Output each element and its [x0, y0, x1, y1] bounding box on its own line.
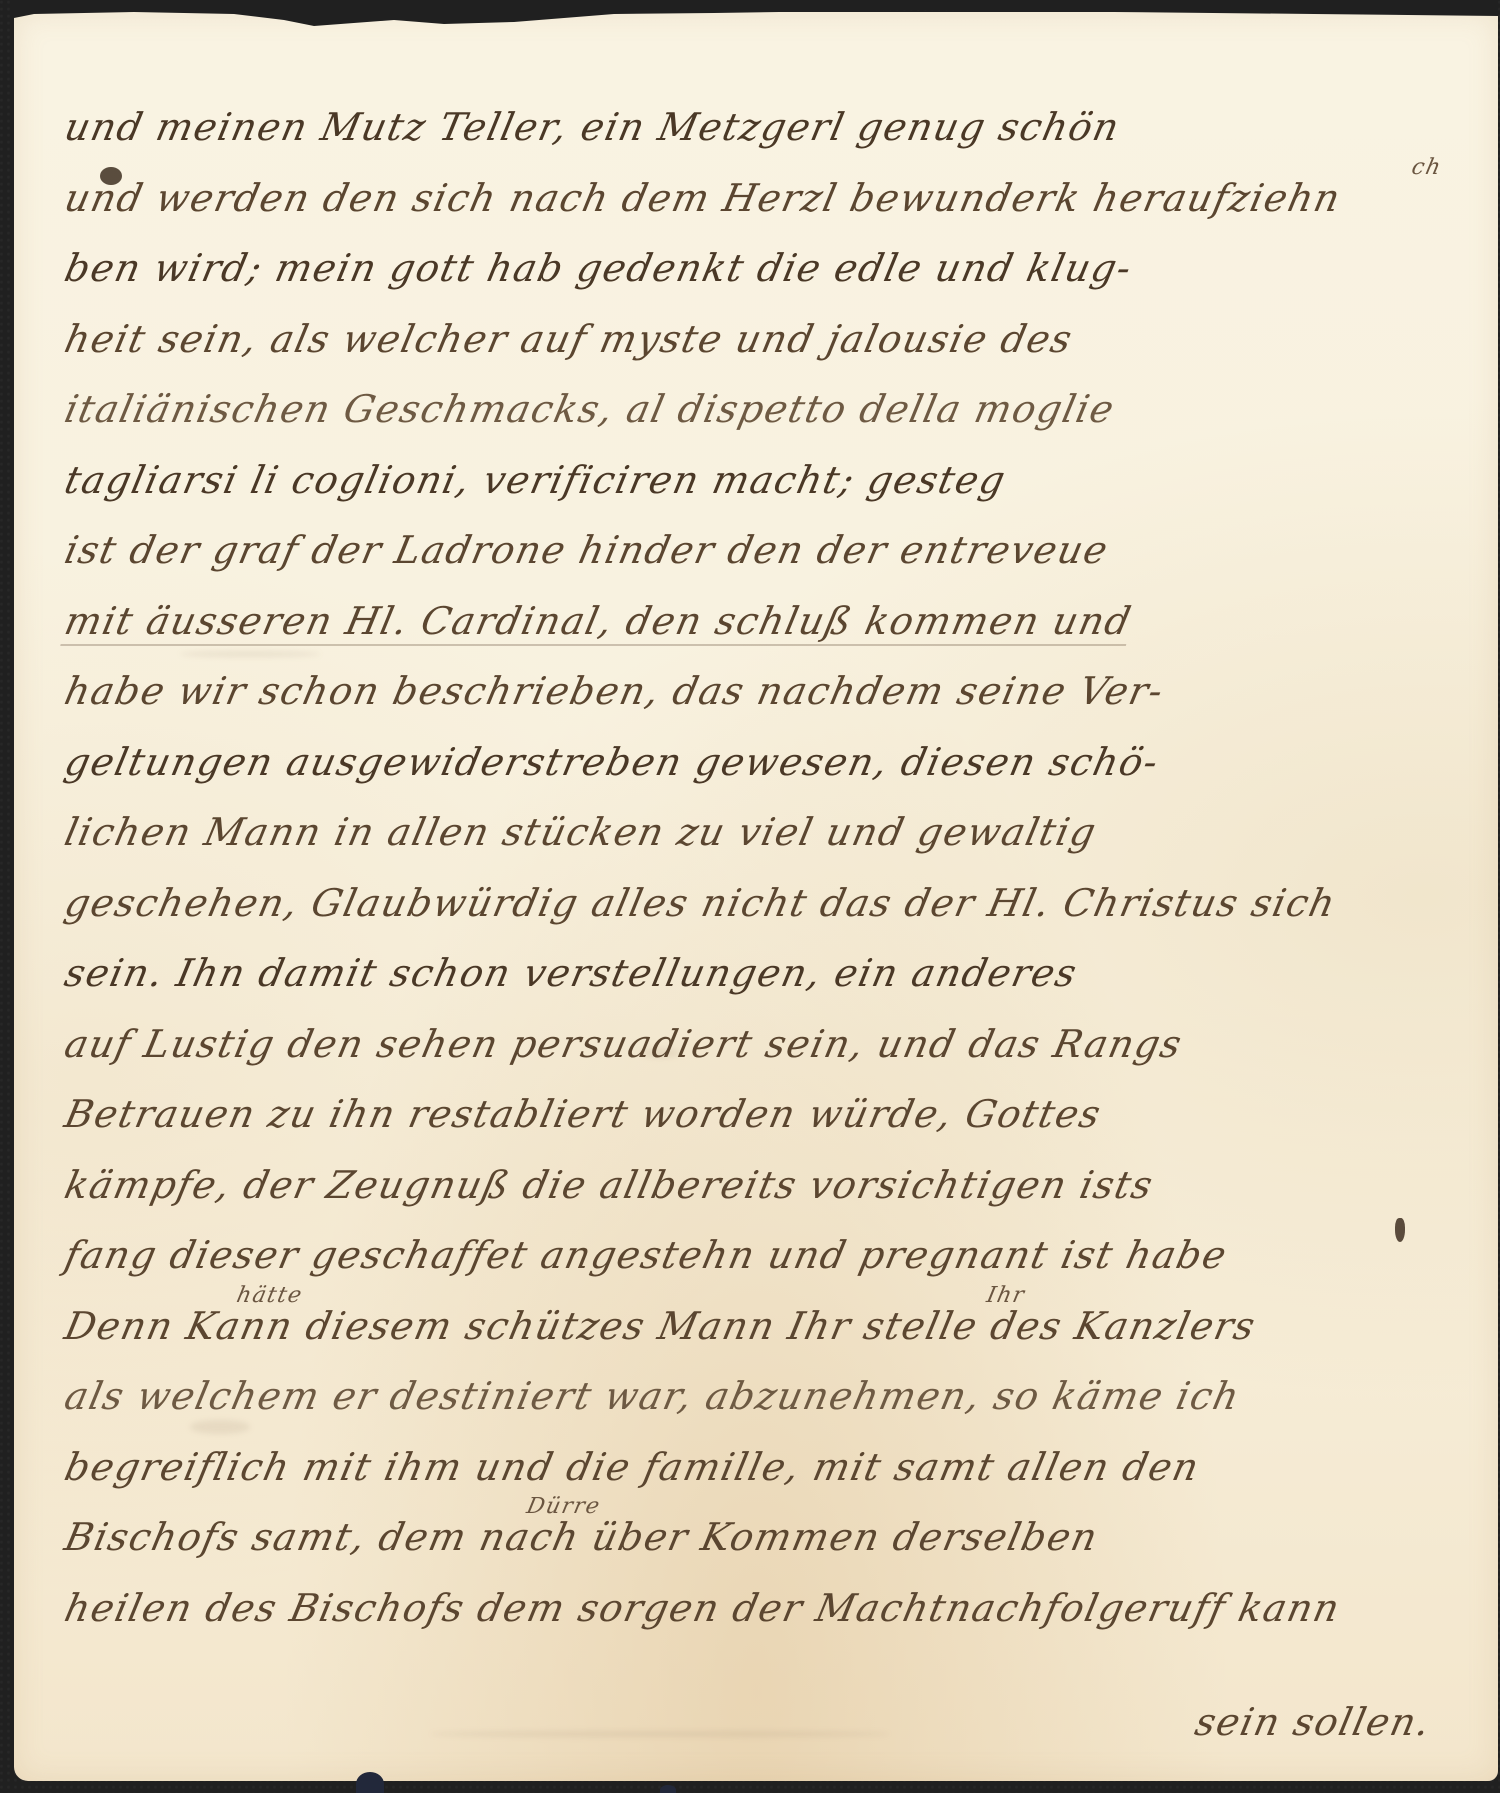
text-line-22: heilen des Bischofs dem sorgen der Macht… — [58, 1573, 1493, 1644]
text-line-2: chund werden den sich nach dem Herzl bew… — [58, 163, 1493, 234]
text-line-8: mit äusseren Hl. Cardinal, den schluß ko… — [58, 586, 1493, 657]
text-line-9: habe wir schon beschrieben, das nachdem … — [58, 656, 1493, 727]
paper-stain — [430, 1731, 890, 1737]
text-line-10: geltungen ausgewiderstreben gewesen, die… — [58, 727, 1493, 798]
text-line-20: begreiflich mit ihm und die famille, mit… — [58, 1432, 1493, 1503]
text-line-3: ben wird; mein gott hab gedenkt die edle… — [58, 233, 1493, 304]
text-line-1: und meinen Mutz Teller, ein Metzgerl gen… — [58, 92, 1493, 163]
scanner-clip-mark — [356, 1772, 384, 1793]
text-line-18: hätte Ihr Denn Kann diesem schützes Mann… — [58, 1291, 1493, 1362]
handwritten-text-body: und meinen Mutz Teller, ein Metzgerl gen… — [58, 92, 1478, 1643]
text-line-11: lichen Mann in allen stücken zu viel und… — [58, 797, 1493, 868]
text-line-6: tagliarsi li coglioni, verificiren macht… — [58, 445, 1493, 516]
text-line-5: italiänischen Geschmacks, al dispetto de… — [58, 374, 1493, 445]
scanned-document: und meinen Mutz Teller, ein Metzgerl gen… — [0, 0, 1500, 1793]
text-line-15: Betrauen zu ihn restabliert worden würde… — [58, 1079, 1493, 1150]
torn-top-edge — [14, 0, 1498, 34]
text-line-16: kämpfe, der Zeugnuß die allbereits vorsi… — [58, 1150, 1493, 1221]
text-line-7: ist der graf der Ladrone hinder den der … — [58, 515, 1493, 586]
text-line-13: sein. Ihn damit schon verstellungen, ein… — [58, 938, 1493, 1009]
text-line-12: geschehen, Glaubwürdig alles nicht das d… — [58, 868, 1493, 939]
text-line-14: auf Lustig den sehen persuadiert sein, u… — [58, 1009, 1493, 1080]
closing-line: sein sollen. — [1191, 1700, 1435, 1744]
text-line-21: DürreBischofs samt, dem nach über Kommen… — [58, 1502, 1493, 1573]
text-line-19: als welchem er destiniert war, abzunehme… — [58, 1361, 1493, 1432]
scanner-clip-mark — [660, 1785, 676, 1793]
text-line-4: heit sein, als welcher auf myste und jal… — [58, 304, 1493, 375]
